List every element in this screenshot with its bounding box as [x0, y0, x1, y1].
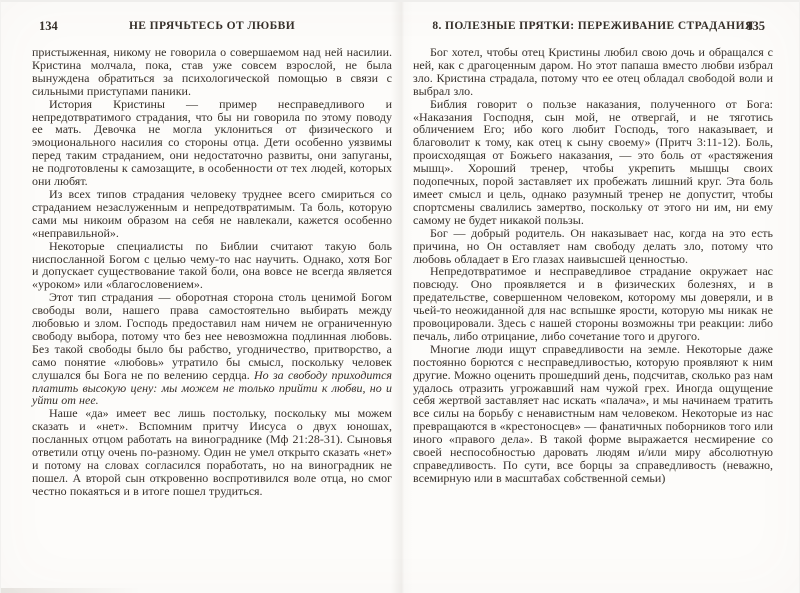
paragraph: История Кристины — пример несправедливог…	[32, 98, 392, 188]
text-run: Библия говорит о пользе наказания, получ…	[413, 97, 773, 227]
right-page-body: Бог хотел, чтобы отец Кристины любил сво…	[413, 46, 773, 485]
text-run: Наше «да» имеет вес лишь постольку, поск…	[32, 406, 392, 497]
paragraph: пристыженная, никому не говорила о совер…	[32, 46, 392, 98]
text-run: Непредотвратимое и несправедливое страда…	[413, 264, 773, 343]
right-running-title: 8. ПОЛЕЗНЫЕ ПРЯТКИ: ПЕРЕЖИВАНИЕ СТРАДАНИ…	[432, 20, 753, 32]
paragraph: Этот тип страдания — оборотная сторона с…	[32, 291, 392, 407]
paragraph: Непредотвратимое и несправедливое страда…	[413, 265, 773, 342]
text-run: Бог — добрый родитель. Он наказывает нас…	[413, 226, 773, 266]
paragraph: Бог — добрый родитель. Он наказывает нас…	[413, 227, 773, 266]
paragraph: Библия говорит о пользе наказания, получ…	[413, 98, 773, 227]
text-run: Некоторые специалисты по Библии считают …	[32, 239, 392, 292]
text-run: Многие люди ищут справедливости на земле…	[413, 342, 773, 485]
paragraph: Наше «да» имеет вес лишь постольку, поск…	[32, 407, 392, 497]
left-running-head: 134 НЕ ПРЯЧЬТЕСЬ ОТ ЛЮБВИ	[32, 20, 392, 46]
left-running-title: НЕ ПРЯЧЬТЕСЬ ОТ ЛЮБВИ	[129, 20, 295, 32]
text-run: Бог хотел, чтобы отец Кристины любил сво…	[413, 45, 773, 98]
right-page-number: 135	[746, 19, 765, 34]
left-page-body: пристыженная, никому не говорила о совер…	[32, 46, 392, 498]
paragraph: Многие люди ищут справедливости на земле…	[413, 343, 773, 485]
paragraph: Некоторые специалисты по Библии считают …	[32, 240, 392, 292]
paragraph: Из всех типов страдания человеку труднее…	[32, 188, 392, 240]
text-run: пристыженная, никому не говорила о совер…	[32, 45, 392, 98]
text-run: Из всех типов страдания человеку труднее…	[32, 187, 392, 240]
left-page-number: 134	[39, 19, 58, 34]
text-run: История Кристины — пример несправедливог…	[32, 97, 392, 188]
left-page: 134 НЕ ПРЯЧЬТЕСЬ ОТ ЛЮБВИ пристыженная, …	[32, 20, 392, 498]
paragraph: Бог хотел, чтобы отец Кристины любил сво…	[413, 46, 773, 98]
page-bottom-shadow	[1, 588, 141, 593]
book-gutter-shadow	[391, 2, 413, 593]
right-page: 8. ПОЛЕЗНЫЕ ПРЯТКИ: ПЕРЕЖИВАНИЕ СТРАДАНИ…	[413, 20, 773, 485]
open-book-spread: 134 НЕ ПРЯЧЬТЕСЬ ОТ ЛЮБВИ пристыженная, …	[0, 0, 800, 593]
right-running-head: 8. ПОЛЕЗНЫЕ ПРЯТКИ: ПЕРЕЖИВАНИЕ СТРАДАНИ…	[413, 20, 773, 46]
